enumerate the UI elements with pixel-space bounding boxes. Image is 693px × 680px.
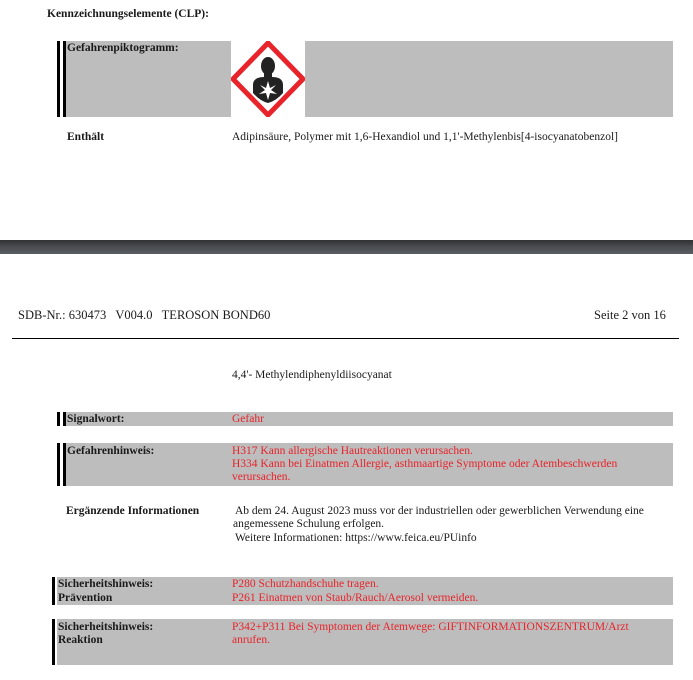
row-marker <box>57 41 66 117</box>
supplementary-line: Weitere Informationen: https://www.feica… <box>235 532 477 545</box>
prevention-sublabel: Prävention <box>58 592 112 604</box>
row-marker <box>52 619 55 665</box>
document-header: SDB-Nr.: 630473 V004.0 TEROSON BOND60 <box>18 308 270 323</box>
supplementary-label: Ergänzende Informationen <box>66 505 199 517</box>
ghs08-health-hazard-icon <box>231 41 305 117</box>
response-sublabel: Reaktion <box>58 634 103 646</box>
prevention-statement: P261 Einatmen von Staub/Rauch/Aerosol ve… <box>232 592 478 605</box>
signal-word-label: Signalwort: <box>67 413 125 425</box>
signal-word-value: Gefahr <box>232 413 264 426</box>
contains-label: Enthält <box>67 131 104 143</box>
supplementary-line: Ab dem 24. August 2023 muss vor der indu… <box>235 505 644 518</box>
hazard-statement: H317 Kann allergische Hautreaktionen ver… <box>232 445 473 458</box>
page-number: Seite 2 von 16 <box>594 308 666 323</box>
header-rule <box>12 338 679 339</box>
section-title: Kennzeichnungselemente (CLP): <box>47 8 209 20</box>
page-break <box>0 240 693 254</box>
row-marker <box>57 443 66 486</box>
product-name: TEROSON BOND60 <box>162 308 271 322</box>
response-statement: P342+P311 Bei Symptomen der Atemwege: GI… <box>232 621 629 634</box>
pictogram-label: Gefahrenpiktogramm: <box>67 42 179 54</box>
pictogram-label-cell: Gefahrenpiktogramm: <box>66 41 231 117</box>
hazard-statement: verursachen. <box>232 471 290 484</box>
contains-continued: 4,4'- Methylendiphenyldiisocyanat <box>232 369 392 381</box>
sdb-number: 630473 <box>69 308 107 322</box>
pictogram-spacer-cell <box>305 41 673 117</box>
version: V004.0 <box>115 308 152 322</box>
response-label: Sicherheitshinweis: <box>58 621 153 633</box>
contains-value: Adipinsäure, Polymer mit 1,6-Hexandiol u… <box>232 131 618 143</box>
hazard-label: Gefahrenhinweis: <box>67 445 154 457</box>
row-marker <box>52 577 55 605</box>
prevention-statement: P280 Schutzhandschuhe tragen. <box>232 578 379 591</box>
sdb-label: SDB-Nr.: <box>18 308 66 322</box>
row-background <box>66 412 673 426</box>
supplementary-line: angemessene Schulung erfolgen. <box>233 518 384 531</box>
response-statement: anrufen. <box>232 634 270 647</box>
prevention-label: Sicherheitshinweis: <box>58 578 153 590</box>
hazard-statement: H334 Kann bei Einatmen Allergie, asthmaa… <box>232 458 617 471</box>
row-marker <box>57 412 66 426</box>
